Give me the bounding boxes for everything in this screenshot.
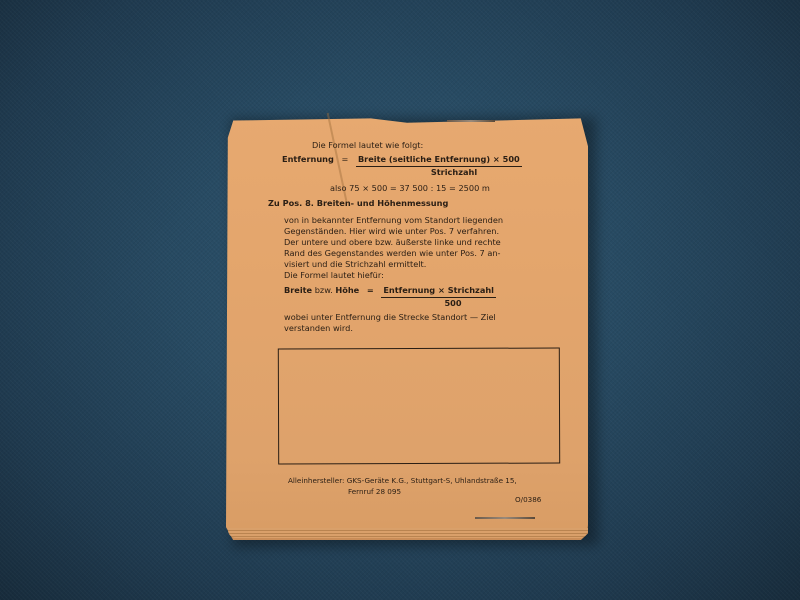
paragraph-line: Der untere und obere bzw. äußerste linke… bbox=[284, 237, 566, 248]
formula2-intro: Die Formel lautet hiefür: bbox=[284, 270, 384, 281]
formula2-lhs-height: Höhe bbox=[335, 285, 359, 295]
calculation-example: also 75 × 500 = 37 500 : 15 = 2500 m bbox=[330, 183, 490, 194]
formula2-numerator: Entfernung × Strichzahl bbox=[381, 285, 496, 298]
staple-top bbox=[447, 120, 495, 122]
formula2-lhs-or: bzw. bbox=[315, 285, 333, 295]
formula2-denominator: 500 bbox=[394, 298, 512, 309]
booklet-page-edges bbox=[228, 528, 588, 538]
paragraph2-line: verstanden wird. bbox=[284, 323, 568, 334]
manufacturer-line: Alleinhersteller: GKS-Geräte K.G., Stutt… bbox=[288, 476, 517, 485]
paragraph-line: Gegenständen. Hier wird wie unter Pos. 7… bbox=[284, 226, 566, 237]
print-code: O/0386 bbox=[515, 495, 541, 504]
definition-paragraph: wobei unter Entfernung die Strecke Stand… bbox=[284, 312, 568, 334]
manufacturer-footer: Alleinhersteller: GKS-Geräte K.G., Stutt… bbox=[288, 476, 517, 485]
section-heading: Zu Pos. 8. Breiten- und Höhenmessung bbox=[268, 198, 448, 209]
paragraph-line: Rand des Gegenstandes werden wie unter P… bbox=[284, 248, 566, 259]
paragraph-line: von in bekannter Entfernung vom Standort… bbox=[284, 215, 566, 226]
formula2-lhs-width: Breite bbox=[284, 285, 312, 295]
formula-denominator: Strichzahl bbox=[394, 167, 514, 178]
formula-intro: Die Formel lautet wie folgt: bbox=[312, 140, 423, 151]
distance-formula: Entfernung = Breite (seitliche Entfernun… bbox=[282, 154, 522, 167]
formula-numerator: Breite (seitliche Entfernung) × 500 bbox=[356, 154, 522, 167]
staple-bottom bbox=[475, 517, 535, 519]
instruction-paragraph: von in bekannter Entfernung vom Standort… bbox=[284, 215, 566, 270]
formula-equals: = bbox=[341, 154, 348, 164]
paragraph-line: visiert und die Strichzahl ermittelt. bbox=[284, 259, 566, 270]
formula-lhs: Entfernung bbox=[282, 154, 334, 164]
size-formula: Breite bzw. Höhe = Entfernung × Strichza… bbox=[284, 285, 496, 298]
paragraph2-line: wobei unter Entfernung die Strecke Stand… bbox=[284, 312, 568, 323]
formula2-equals: = bbox=[367, 285, 374, 295]
phone-line: Fernruf 28 095 bbox=[348, 487, 401, 496]
empty-stamp-box bbox=[278, 348, 560, 465]
